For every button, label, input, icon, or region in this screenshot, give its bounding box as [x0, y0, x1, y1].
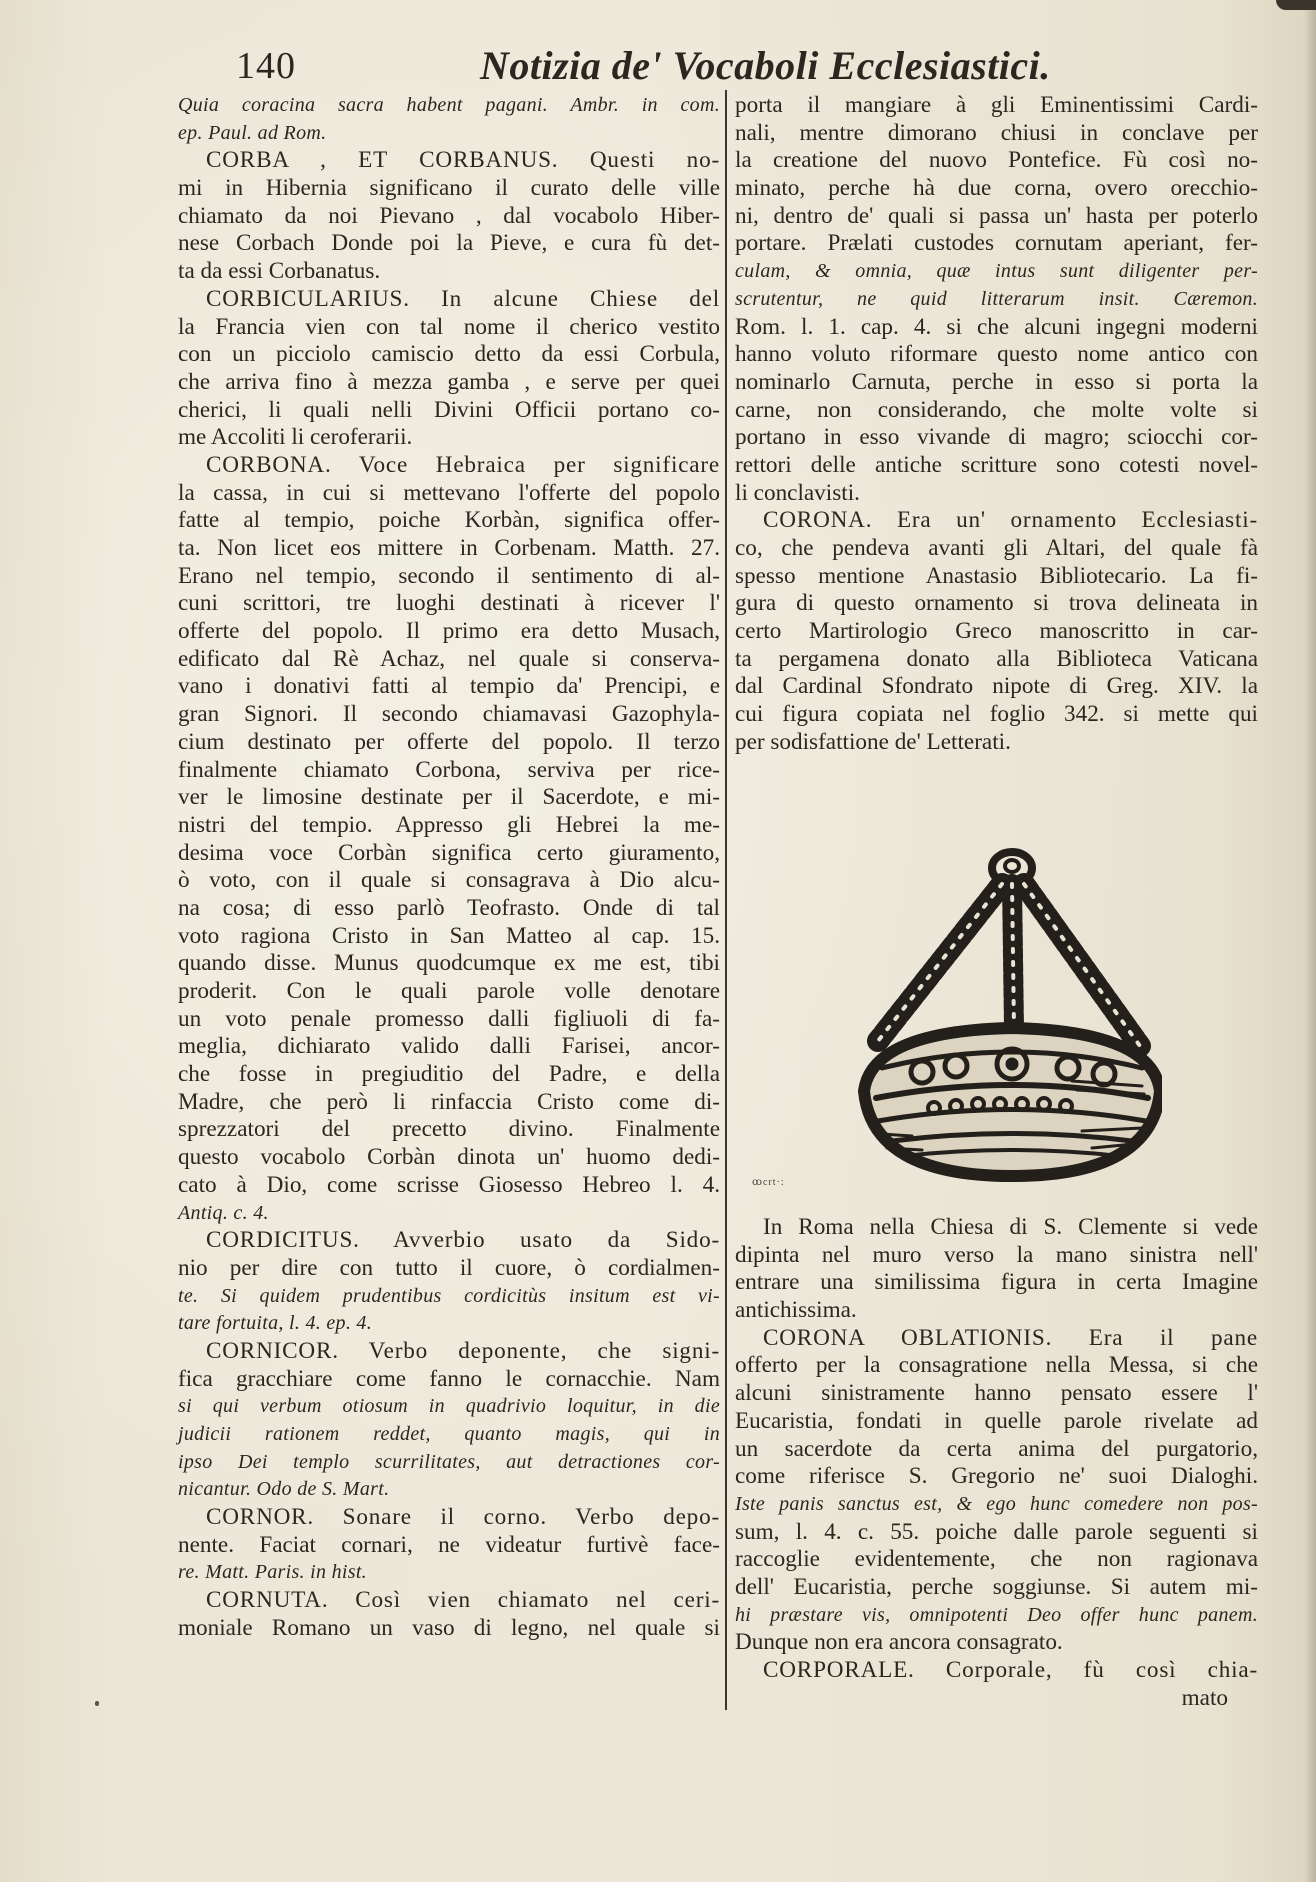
- text-line: entrare una similissima figura in certa …: [735, 1269, 1258, 1297]
- text-line: si qui verbum otiosum in quadrivio loqui…: [178, 1393, 720, 1421]
- text-line: Erano nel tempio, secondo il sentimento …: [178, 563, 720, 591]
- text-line: per sodisfattione de' Letterati.: [735, 729, 1258, 757]
- left-column: Quia coracina sacra habent pagani. Ambr.…: [178, 92, 720, 1643]
- text-line: CORNUTA. Così vien chiamato nel ceri-: [178, 1587, 720, 1615]
- text-line: rettori delle antiche scritture sono cot…: [735, 452, 1258, 480]
- text-line: spesso mentione Anastasio Bibliotecario.…: [735, 563, 1258, 591]
- text-line: In Roma nella Chiesa di S. Clemente si v…: [735, 1214, 1258, 1242]
- text-line: dal Cardinal Sfondrato nipote di Greg. X…: [735, 673, 1258, 701]
- text-line: la Francia vien con tal nome il cherico …: [178, 314, 720, 342]
- text-line: moniale Romano un vaso di legno, nel qua…: [178, 1615, 720, 1643]
- text-line: Dunque non era ancora consagrato.: [735, 1629, 1258, 1657]
- text-line: vano i donativi fatti al tempio da' Pren…: [178, 673, 720, 701]
- text-line: sum, l. 4. c. 55. poiche dalle parole se…: [735, 1519, 1258, 1547]
- text-line: cui figura copiata nel foglio 342. si me…: [735, 701, 1258, 729]
- text-line: alcuni sinistramente hanno pensato esser…: [735, 1380, 1258, 1408]
- text-line: offerto per la consagratione nella Messa…: [735, 1352, 1258, 1380]
- text-line: nistri del tempio. Appresso gli Hebrei l…: [178, 812, 720, 840]
- column-divider: [725, 90, 727, 1710]
- text-line: li conclavisti.: [735, 480, 1258, 508]
- right-column: porta il mangiare à gli Eminentissimi Ca…: [735, 92, 1258, 757]
- text-line: nominarlo Carnuta, perche in esso si por…: [735, 369, 1258, 397]
- text-line: antichissima.: [735, 1297, 1258, 1325]
- text-line: na cosa; di esso parlò Teofrasto. Onde d…: [178, 895, 720, 923]
- text-line: judicii rationem reddet, quanto magis, q…: [178, 1421, 720, 1449]
- page-header: 140 Notizia de' Vocaboli Ecclesiastici.: [236, 42, 1066, 92]
- text-line: meglia, dichiarato valido dalli Farisei,…: [178, 1033, 720, 1061]
- text-line: CORONA OBLATIONIS. Era il pane: [735, 1325, 1258, 1353]
- engraver-mark: ꝏcrt·:: [752, 1177, 785, 1188]
- text-line: proderit. Con le quali parole volle deno…: [178, 978, 720, 1006]
- text-line: te. Si quidem prudentibus cordicitùs ins…: [178, 1283, 720, 1311]
- text-line: ipso Dei templo scurrilitates, aut detra…: [178, 1449, 720, 1477]
- text-line: come riferisce S. Gregorio ne' suoi Dial…: [735, 1463, 1258, 1491]
- text-line: Iste panis sanctus est, & ego hunc comed…: [735, 1491, 1258, 1519]
- corona-engraving-figure: [842, 836, 1162, 1191]
- text-line: nali, mentre dimorano chiusi in conclave…: [735, 120, 1258, 148]
- text-line: un voto penale promesso dalli figliuoli …: [178, 1006, 720, 1034]
- text-line: la cassa, in cui si mettevano l'offerte …: [178, 480, 720, 508]
- page-number: 140: [236, 44, 296, 88]
- text-line: nente. Faciat cornari, ne videatur furti…: [178, 1532, 720, 1560]
- text-line: finalmente chiamato Corbona, serviva per…: [178, 757, 720, 785]
- hanging-crown-icon: [842, 836, 1162, 1191]
- text-line: offerte del popolo. Il primo era detto M…: [178, 618, 720, 646]
- text-line: edificato dal Rè Achaz, nel quale si con…: [178, 646, 720, 674]
- text-line: nio per dire con tutto il cuore, ò cordi…: [178, 1255, 720, 1283]
- text-line: CORNICOR. Verbo deponente, che signi-: [178, 1338, 720, 1366]
- text-line: ver le limosine destinate per il Sacerdo…: [178, 784, 720, 812]
- text-line: certo Martirologio Greco manoscritto in …: [735, 618, 1258, 646]
- text-line: culam, & omnia, quæ intus sunt diligente…: [735, 258, 1258, 286]
- text-line: desima voce Corbàn significa certo giura…: [178, 840, 720, 868]
- text-line: hanno voluto riformare questo nome antic…: [735, 341, 1258, 369]
- text-line: ta pergamena donato alla Biblioteca Vati…: [735, 646, 1258, 674]
- text-line: hi præstare vis, omnipotenti Deo offer h…: [735, 1602, 1258, 1630]
- text-line: fica gracchiare come fanno le cornacchie…: [178, 1366, 720, 1394]
- page-corner-shadow: [1276, 0, 1316, 10]
- text-line: CORPORALE. Corporale, fù così chia-: [735, 1657, 1258, 1685]
- text-line: nicantur. Odo de S. Mart.: [178, 1476, 720, 1504]
- text-line: tare fortuita, l. 4. ep. 4.: [178, 1310, 720, 1338]
- text-line: Eucaristia, fondati in quelle parole riv…: [735, 1408, 1258, 1436]
- text-line: CORBONA. Voce Hebraica per significare: [178, 452, 720, 480]
- text-line: portare. Prælati custodes cornutam aperi…: [735, 230, 1258, 258]
- text-line: CORBICULARIUS. In alcune Chiese del: [178, 286, 720, 314]
- text-line: ni, dentro de' quali si passa un' hasta …: [735, 203, 1258, 231]
- text-line: che fosse in pregiuditio del Padre, e de…: [178, 1061, 720, 1089]
- text-line: chiamato da noi Pievano , dal vocabolo H…: [178, 203, 720, 231]
- text-line: gran Signori. Il secondo chiamavasi Gazo…: [178, 701, 720, 729]
- book-page: 140 Notizia de' Vocaboli Ecclesiastici. …: [0, 0, 1316, 1882]
- right-column-continued: In Roma nella Chiesa di S. Clemente si v…: [735, 1214, 1258, 1712]
- text-line: dell' Eucaristia, perche soggiunse. Si a…: [735, 1574, 1258, 1602]
- text-line: nese Corbach Donde poi la Pieve, e cura …: [178, 230, 720, 258]
- text-line: dipinta nel muro verso la mano sinistra …: [735, 1242, 1258, 1270]
- text-line: cuni scrittori, tre luoghi destinati à r…: [178, 590, 720, 618]
- text-line: porta il mangiare à gli Eminentissimi Ca…: [735, 92, 1258, 120]
- text-line: portano in esso vivande di magro; sciocc…: [735, 424, 1258, 452]
- text-line: la creatione del nuovo Pontefice. Fù cos…: [735, 147, 1258, 175]
- text-line: me Accoliti li ceroferarii.: [178, 424, 720, 452]
- text-line: sprezzatori del precetto divino. Finalme…: [178, 1116, 720, 1144]
- text-line: co, che pendeva avanti gli Altari, del q…: [735, 535, 1258, 563]
- text-line: un sacerdote da certa anima del purgator…: [735, 1436, 1258, 1464]
- text-line: carne, non considerando, che molte volte…: [735, 397, 1258, 425]
- text-line: ò voto, con il quale si consagrava à Dio…: [178, 867, 720, 895]
- text-line: CORBA , ET CORBANUS. Questi no-: [178, 147, 720, 175]
- text-line: Rom. l. 1. cap. 4. si che alcuni ingegni…: [735, 314, 1258, 342]
- text-line: quando disse. Munus quodcumque ex me est…: [178, 950, 720, 978]
- text-line: gura di questo ornamento si trova deline…: [735, 590, 1258, 618]
- text-line: ta. Non licet eos mittere in Corbenam. M…: [178, 535, 720, 563]
- text-line: mato: [735, 1685, 1258, 1713]
- page-edge-shadow: [1304, 0, 1316, 1882]
- text-line: con un picciolo camiscio detto da essi C…: [178, 341, 720, 369]
- text-line: che arriva fino à mezza gamba , e serve …: [178, 369, 720, 397]
- text-line: cato à Dio, come scrisse Giosesso Hebreo…: [178, 1172, 720, 1200]
- margin-speck: [95, 1701, 99, 1706]
- text-line: ep. Paul. ad Rom.: [178, 120, 720, 148]
- text-line: fatte al tempio, poiche Korbàn, signific…: [178, 507, 720, 535]
- text-line: minato, perche hà due corna, overo orecc…: [735, 175, 1258, 203]
- text-line: cium destinato per offerte del popolo. I…: [178, 729, 720, 757]
- text-line: CORNOR. Sonare il corno. Verbo depo-: [178, 1504, 720, 1532]
- text-line: Quia coracina sacra habent pagani. Ambr.…: [178, 92, 720, 120]
- text-line: questo vocabolo Corbàn dinota un' huomo …: [178, 1144, 720, 1172]
- text-line: re. Matt. Paris. in hist.: [178, 1559, 720, 1587]
- text-line: CORDICITUS. Avverbio usato da Sido-: [178, 1227, 720, 1255]
- text-line: raccoglie evidentemente, che non ragiona…: [735, 1546, 1258, 1574]
- text-line: scrutentur, ne quid litterarum insit. Cæ…: [735, 286, 1258, 314]
- text-line: CORONA. Era un' ornamento Ecclesiasti-: [735, 507, 1258, 535]
- text-line: ta da essi Corbanatus.: [178, 258, 720, 286]
- text-line: Madre, che però li rinfaccia Cristo come…: [178, 1089, 720, 1117]
- text-line: voto ragiona Cristo in San Matteo al cap…: [178, 923, 720, 951]
- running-title: Notizia de' Vocaboli Ecclesiastici.: [480, 42, 1051, 89]
- text-line: Antiq. c. 4.: [178, 1200, 720, 1228]
- text-line: mi in Hibernia significano il curato del…: [178, 175, 720, 203]
- text-line: cherici, li quali nelli Divini Officii p…: [178, 397, 720, 425]
